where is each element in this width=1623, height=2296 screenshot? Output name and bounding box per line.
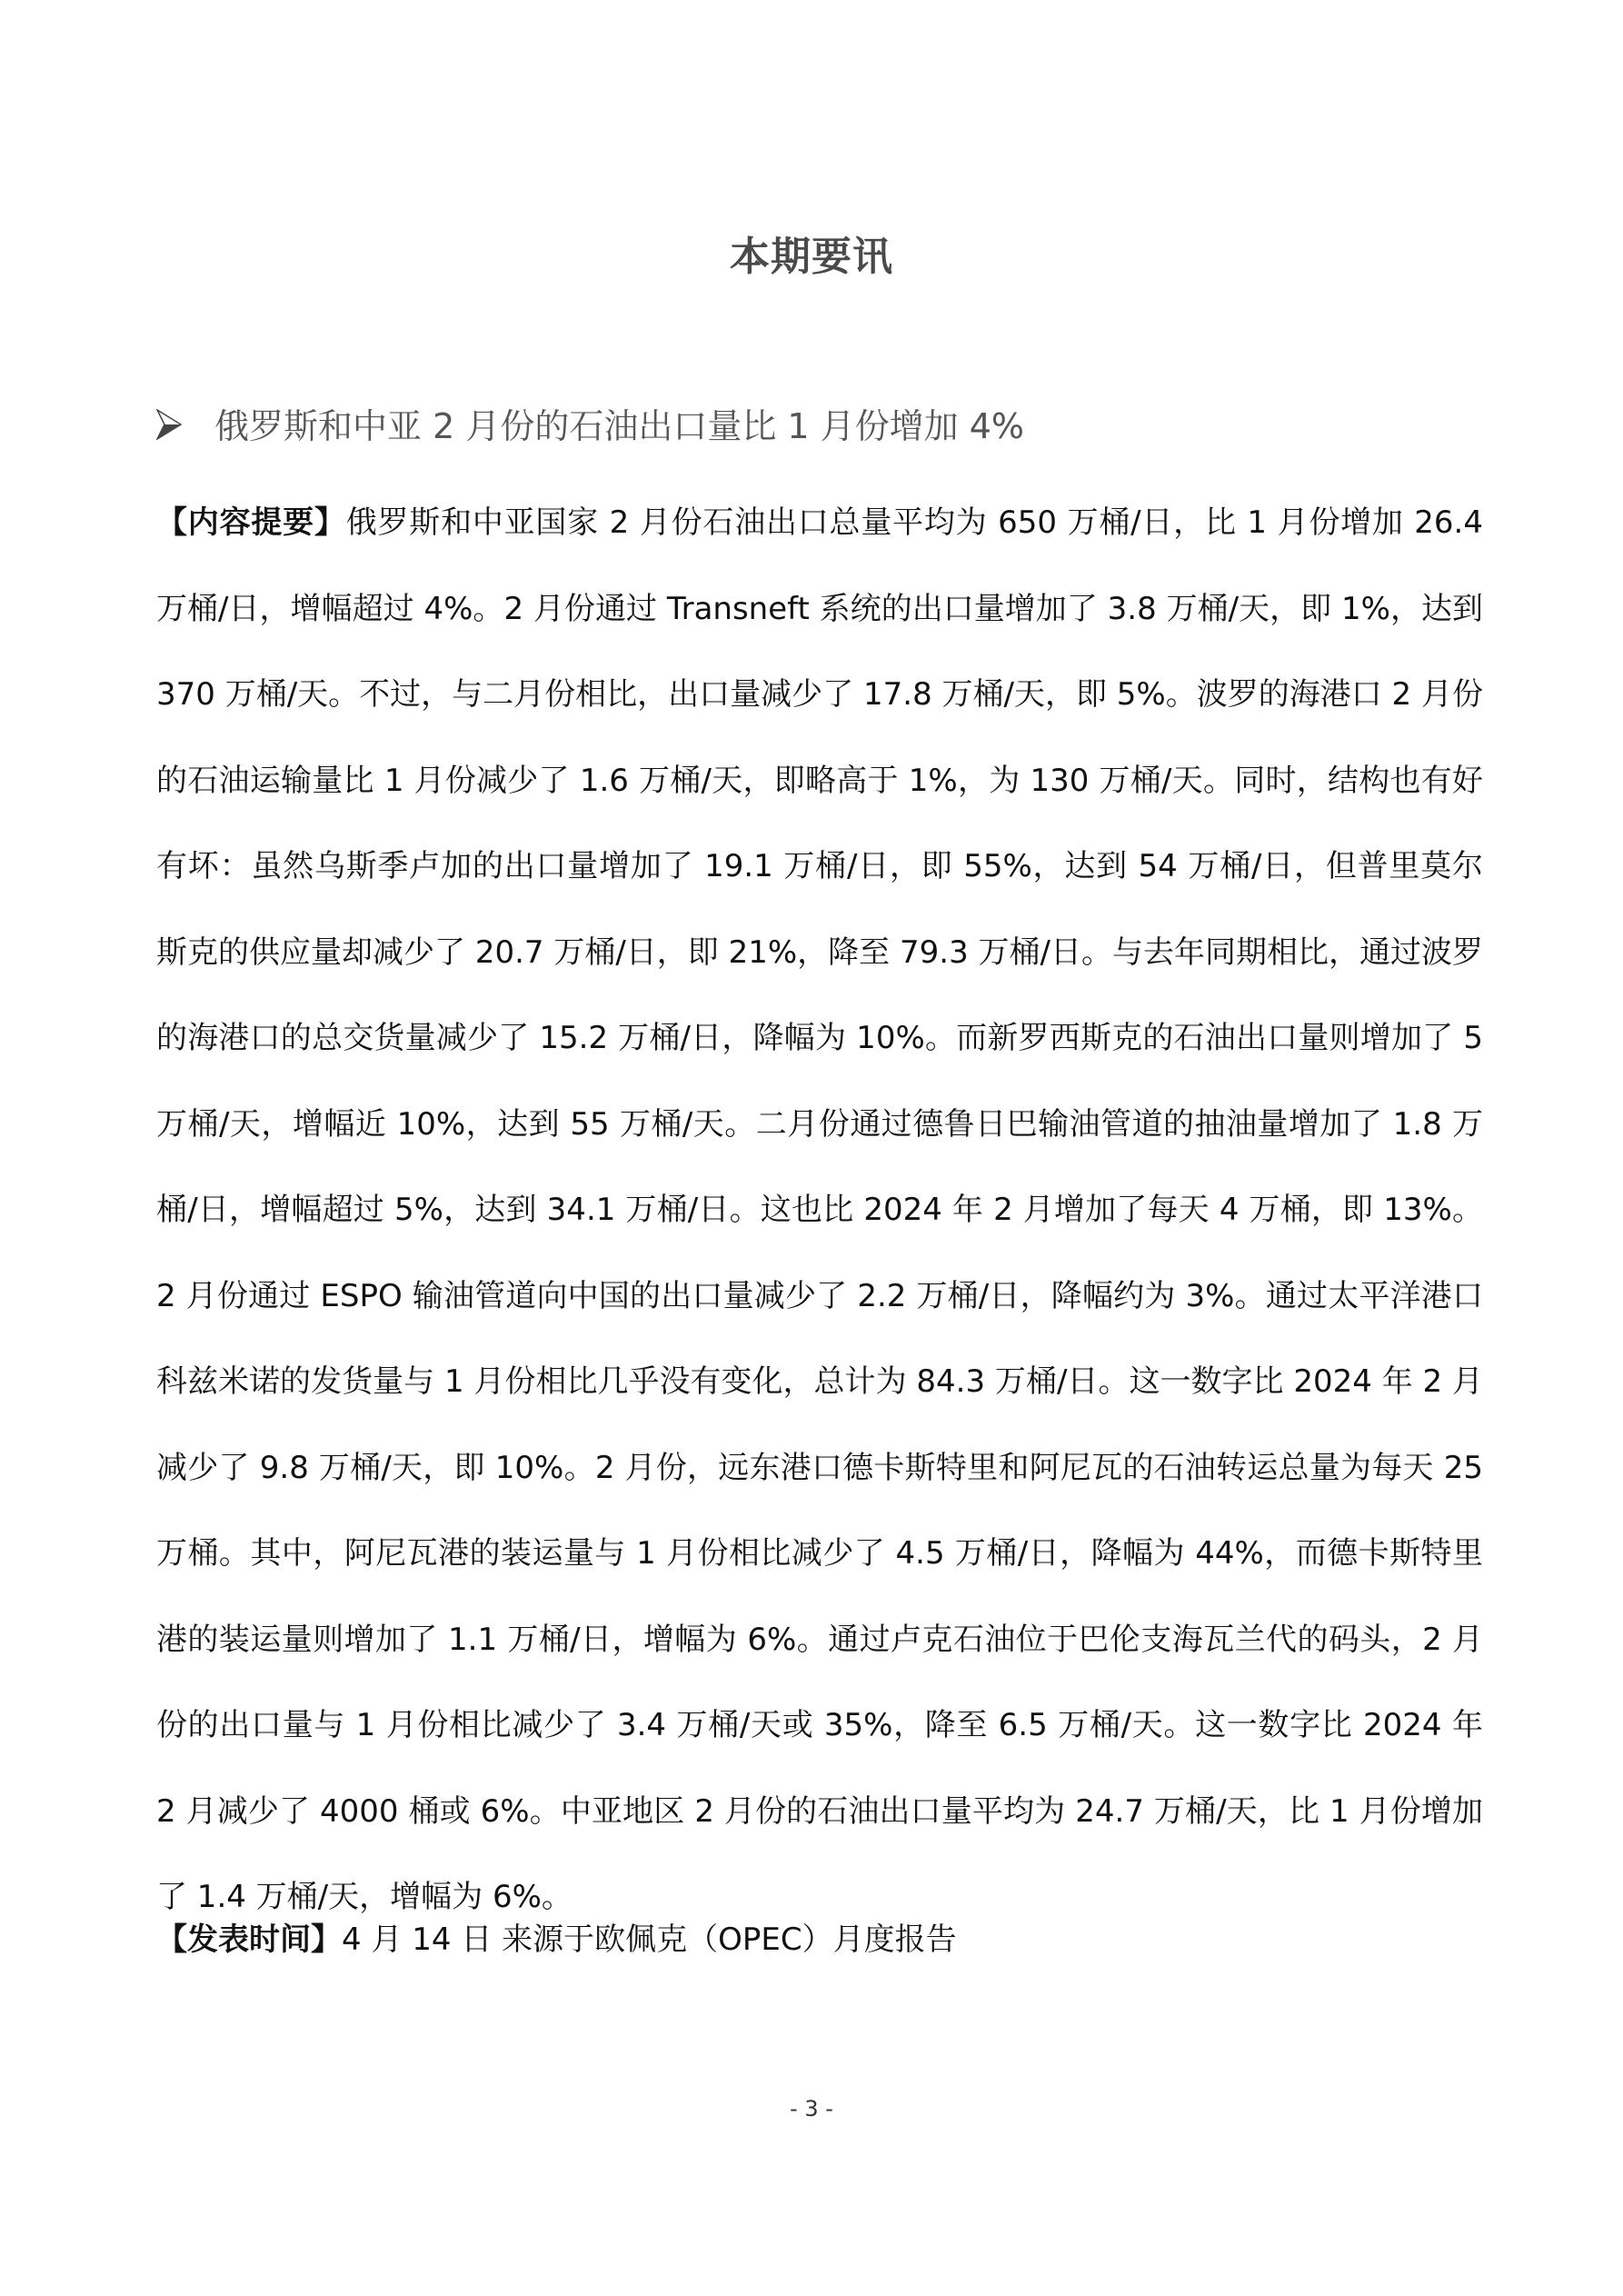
document-page: 本期要讯 俄罗斯和中亚 2 月份的石油出口量比 1 月份增加 4% 【内容提要】… — [0, 0, 1623, 2296]
published-text: 4 月 14 日 来源于欧佩克（OPEC）月度报告 — [342, 1922, 957, 1958]
summary-text: 俄罗斯和中亚国家 2 月份石油出口总量平均为 650 万桶/日，比 1 月份增加… — [156, 504, 1483, 1915]
published-label: 【发表时间】 — [156, 1922, 342, 1958]
article-summary: 【内容提要】俄罗斯和中亚国家 2 月份石油出口总量平均为 650 万桶/日，比 … — [156, 480, 1483, 1941]
page-title: 本期要讯 — [0, 224, 1623, 282]
page-number: - 3 - — [0, 2096, 1623, 2121]
arrowhead-bullet-icon — [156, 408, 182, 439]
headline-text: 俄罗斯和中亚 2 月份的石油出口量比 1 月份增加 4% — [214, 398, 1024, 448]
article-headline: 俄罗斯和中亚 2 月份的石油出口量比 1 月份增加 4% — [156, 398, 1024, 448]
publication-info: 【发表时间】4 月 14 日 来源于欧佩克（OPEC）月度报告 — [156, 1914, 957, 1959]
summary-label: 【内容提要】 — [156, 504, 346, 541]
